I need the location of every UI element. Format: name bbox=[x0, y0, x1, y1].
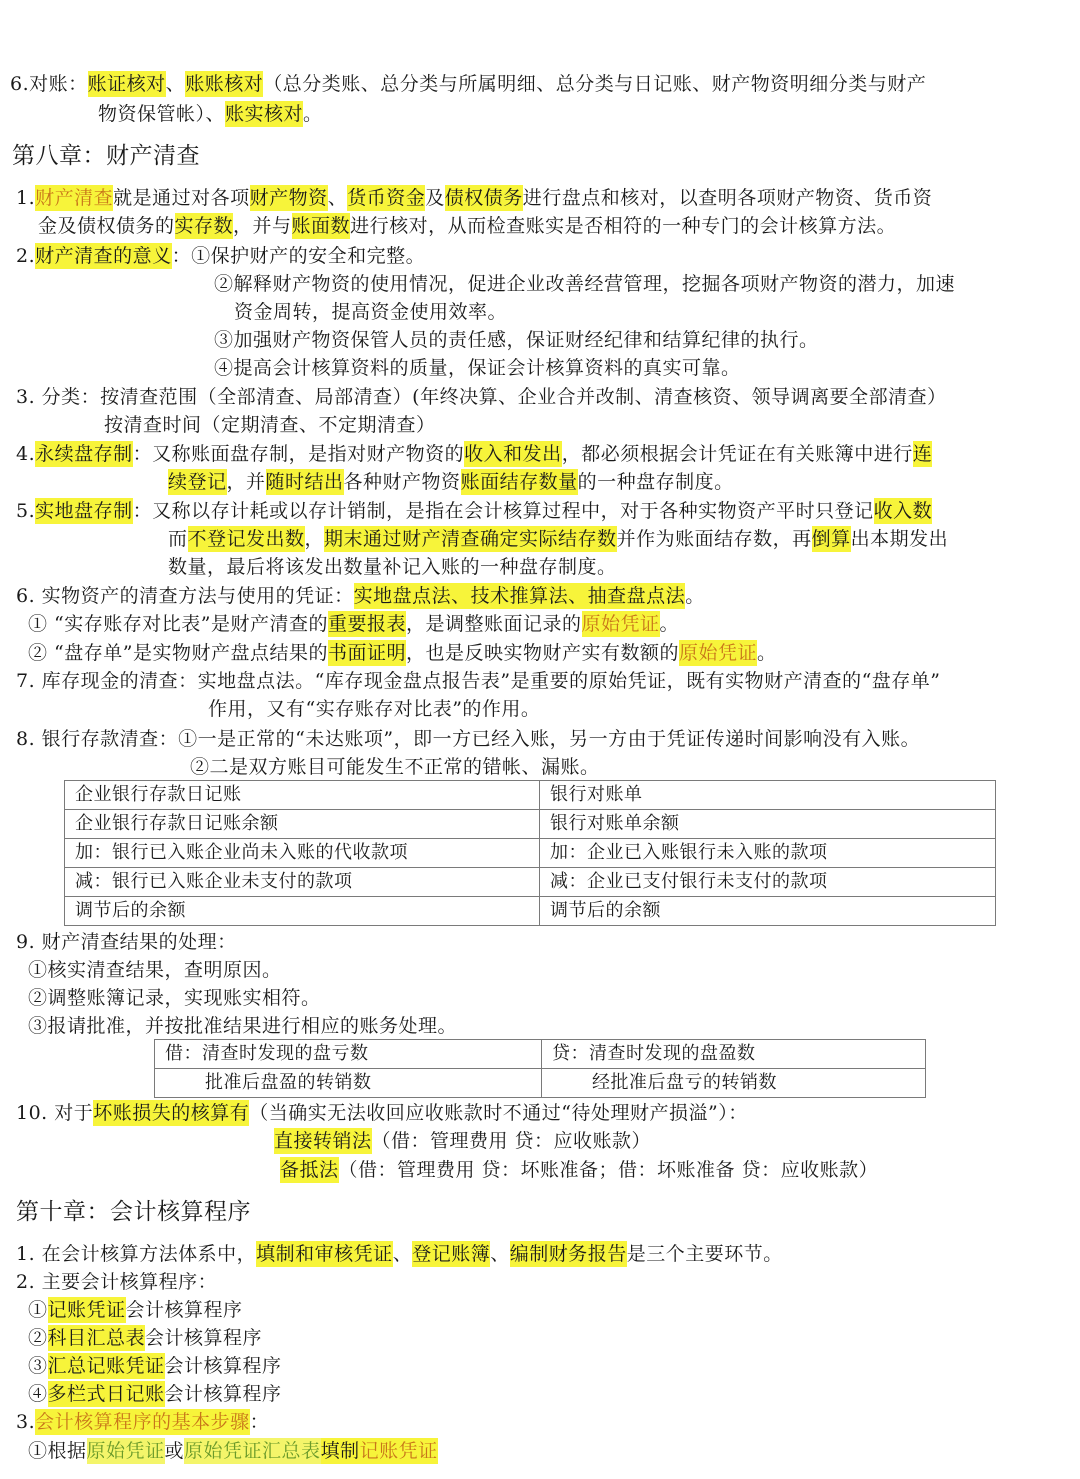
text: 金及债权债务的 bbox=[38, 215, 175, 237]
highlight-text: 账证核对 bbox=[88, 71, 166, 97]
table-cell: 减：银行已入账企业未支付的款项 bbox=[65, 868, 540, 897]
text: 、 bbox=[490, 1243, 510, 1265]
highlight-text: 重要报表 bbox=[328, 611, 406, 637]
text: 及 bbox=[425, 187, 445, 209]
ch8-p6-sub1: ① “实存账存对比表”是财产清查的重要报表，是调整账面记录的原始凭证。 bbox=[28, 610, 679, 638]
item-number: ③ bbox=[28, 1355, 48, 1377]
text: 、 bbox=[393, 1243, 413, 1265]
item-number: ④ bbox=[28, 1383, 48, 1405]
ch8-p6-sub2: ② “盘存单”是实物财产盘点结果的书面证明，也是反映实物财产实有数额的原始凭证。 bbox=[28, 639, 777, 667]
highlight-text: 直接转销法 bbox=[274, 1128, 372, 1154]
list-item: ③汇总记账凭证会计核算程序 bbox=[28, 1352, 282, 1380]
ch8-p10-method2: 备抵法（借：管理费用 贷：坏账准备；借：坏账准备 贷：应收账款） bbox=[280, 1156, 878, 1184]
highlight-text: 收入数 bbox=[874, 498, 933, 524]
item-number: 5. bbox=[16, 500, 35, 522]
ch8-p3-line2: 按清查时间（定期清查、不定期清查） bbox=[104, 411, 436, 439]
highlight-text: 填制 bbox=[321, 1438, 360, 1464]
ch8-p8-line2: ②二是双方账目可能发生不正常的错帐、漏账。 bbox=[190, 753, 600, 781]
reconcile-line-2: 物资保管帐）、账实核对。 bbox=[98, 100, 323, 128]
list-item: ①核实清查结果，查明原因。 bbox=[28, 956, 282, 984]
ch8-p5-line1: 5.实地盘存制：又称以存计耗或以存计销制，是指在会计核算过程中，对于各种实物资产… bbox=[16, 497, 932, 525]
result-handling-table: 借：清查时发现的盘亏数 贷：清查时发现的盘盈数 批准后盘盈的转销数 经批准后盘亏… bbox=[154, 1039, 926, 1098]
text: 或 bbox=[165, 1440, 185, 1462]
highlight-text: 汇总记账凭证 bbox=[48, 1353, 165, 1379]
text: 、 bbox=[166, 73, 186, 95]
highlight-text: 科目汇总表 bbox=[48, 1325, 146, 1351]
table-cell: 调节后的余额 bbox=[65, 897, 540, 926]
text: 会计核算程序 bbox=[145, 1327, 262, 1349]
table-row: 批准后盘盈的转销数 经批准后盘亏的转销数 bbox=[155, 1069, 926, 1098]
ch8-p3-line1: 3. 分类：按清查范围（全部清查、局部清查）(年终决算、企业合并改制、清查核资、… bbox=[16, 383, 947, 411]
highlight-text: 原始凭证 bbox=[679, 640, 757, 666]
highlight-text: 实地盘存制 bbox=[35, 498, 133, 524]
highlight-text: 记账凭证 bbox=[48, 1297, 126, 1323]
text: 6. 实物资产的清查方法与使用的凭证： bbox=[16, 585, 354, 607]
highlight-text: 账账核对 bbox=[185, 71, 263, 97]
text: ， bbox=[305, 528, 325, 550]
text: ② “盘存单”是实物财产盘点结果的 bbox=[28, 642, 328, 664]
highlight-text: 账面结存数量 bbox=[461, 469, 578, 495]
highlight-text: 期末通过财产清查确定实际结存数 bbox=[324, 526, 617, 552]
table-row: 减：银行已入账企业未支付的款项 减：企业已支付银行未支付的款项 bbox=[65, 868, 996, 897]
highlight-text: 账面数 bbox=[292, 213, 351, 239]
highlight-text: 永续盘存制 bbox=[35, 441, 133, 467]
item-number: 1. bbox=[16, 187, 35, 209]
text: 、 bbox=[328, 187, 348, 209]
text: ，都必须根据会计凭证在有关账簿中进行 bbox=[562, 443, 913, 465]
ch8-p10-method1: 直接转销法（借：管理费用 贷：应收账款） bbox=[274, 1127, 651, 1155]
highlight-text: 收入和发出 bbox=[464, 441, 562, 467]
ch10-p3-step1: ①根据原始凭证或原始凭证汇总表填制记账凭证 bbox=[28, 1437, 438, 1465]
table-cell: 贷：清查时发现的盘盈数 bbox=[542, 1040, 926, 1069]
highlight-text: 会计核算程序的基本步骤 bbox=[35, 1409, 250, 1435]
text: （当确实无法收回应收账款时不通过“待处理财产损溢”）： bbox=[249, 1102, 747, 1124]
table-cell: 银行对账单 bbox=[540, 781, 996, 810]
bank-reconciliation-table: 企业银行存款日记账 银行对账单 企业银行存款日记账余额 银行对账单余额 加：银行… bbox=[64, 780, 996, 926]
text: 。 bbox=[757, 642, 777, 664]
text: 10. 对于 bbox=[16, 1102, 93, 1124]
highlight-text: 账实核对 bbox=[225, 101, 303, 127]
list-item: ②科目汇总表会计核算程序 bbox=[28, 1324, 262, 1352]
highlight-text: 财产清查的意义 bbox=[35, 243, 172, 269]
text: ①根据 bbox=[28, 1440, 87, 1462]
ch8-p1-line1: 1.财产清查就是通过对各项财产物资、货币资金及债权债务进行盘点和核对，以查明各项… bbox=[16, 184, 932, 212]
ch8-p8-line1: 8. 银行存款清查：①一是正常的“未达账项”，即一方已经入账，另一方由于凭证传递… bbox=[16, 725, 920, 753]
ch8-p7-line1: 7. 库存现金的清查：实地盘点法。“库存现金盘点报告表”是重要的原始凭证，既有实… bbox=[16, 667, 941, 695]
highlight-text: 实地盘点法、技术推算法、抽查盘点法 bbox=[354, 583, 686, 609]
item-number: 6. bbox=[10, 73, 29, 95]
list-item: ①记账凭证会计核算程序 bbox=[28, 1296, 243, 1324]
list-item: ②调整账簿记录，实现账实相符。 bbox=[28, 984, 321, 1012]
highlight-text: 倒算 bbox=[812, 526, 851, 552]
table-row: 借：清查时发现的盘亏数 贷：清查时发现的盘盈数 bbox=[155, 1040, 926, 1069]
text: ： bbox=[250, 1411, 270, 1433]
text: 。 bbox=[303, 103, 323, 125]
table-cell: 借：清查时发现的盘亏数 bbox=[155, 1040, 542, 1069]
highlight-text: 连 bbox=[913, 441, 933, 467]
text: ：又称账面盘存制，是指对财产物资的 bbox=[133, 443, 465, 465]
ch10-p1: 1. 在会计核算方法体系中，填制和审核凭证、登记账簿、编制财务报告是三个主要环节… bbox=[16, 1240, 783, 1268]
ch8-p9-title: 9. 财产清查结果的处理： bbox=[16, 928, 237, 956]
highlight-text: 原始凭证 bbox=[582, 611, 660, 637]
list-item: 资金周转，提高资金使用效率。 bbox=[234, 298, 507, 326]
highlight-text: 书面证明 bbox=[328, 640, 406, 666]
ch8-p5-line2: 而不登记发出数，期末通过财产清查确定实际结存数并作为账面结存数，再倒算出本期发出 bbox=[168, 525, 948, 553]
table-row: 企业银行存款日记账 银行对账单 bbox=[65, 781, 996, 810]
item-number: ② bbox=[28, 1327, 48, 1349]
highlight-text: 货币资金 bbox=[347, 185, 425, 211]
text: ① “实存账存对比表”是财产清查的 bbox=[28, 613, 328, 635]
text: 进行盘点和核对，以查明各项财产物资、货币资 bbox=[523, 187, 933, 209]
chapter-10-title: 第十章：会计核算程序 bbox=[16, 1198, 251, 1226]
highlight-text: 坏账损失的核算有 bbox=[93, 1100, 249, 1126]
item-number: 2. bbox=[16, 245, 35, 267]
text: ，并与 bbox=[233, 215, 292, 237]
text: 各种财产物资 bbox=[344, 471, 461, 493]
text: 出本期发出 bbox=[851, 528, 949, 550]
text: 。 bbox=[660, 613, 680, 635]
ch8-p2-line1: 2.财产清查的意义：①保护财产的安全和完整。 bbox=[16, 242, 425, 270]
text: ： bbox=[172, 245, 192, 267]
highlight-text: 填制和审核凭证 bbox=[256, 1241, 393, 1267]
table-cell: 银行对账单余额 bbox=[540, 810, 996, 839]
ch8-p10-line1: 10. 对于坏账损失的核算有（当确实无法收回应收账款时不通过“待处理财产损溢”）… bbox=[16, 1099, 748, 1127]
highlight-text: 原始凭证 bbox=[87, 1438, 165, 1464]
item-number: 4. bbox=[16, 443, 35, 465]
table-row: 企业银行存款日记账余额 银行对账单余额 bbox=[65, 810, 996, 839]
text: ，是调整账面记录的 bbox=[406, 613, 582, 635]
item-number: ① bbox=[28, 1299, 48, 1321]
text: ，也是反映实物财产实有数额的 bbox=[406, 642, 679, 664]
list-item: ③报请批准，并按批准结果进行相应的账务处理。 bbox=[28, 1012, 457, 1040]
text: 就是通过对各项 bbox=[113, 187, 250, 209]
list-item: ①保护财产的安全和完整。 bbox=[191, 245, 425, 267]
text: 的一种盘存制度。 bbox=[578, 471, 734, 493]
ch8-p1-line2: 金及债权债务的实存数，并与账面数进行核对，从而检查账实是否相符的一种专门的会计核… bbox=[38, 212, 896, 240]
table-cell: 减：企业已支付银行未支付的款项 bbox=[540, 868, 996, 897]
highlight-text: 原始凭证汇总表 bbox=[184, 1438, 321, 1464]
highlight-text: 随时结出 bbox=[266, 469, 344, 495]
text: 。 bbox=[685, 585, 705, 607]
highlight-text: 多栏式日记账 bbox=[48, 1381, 165, 1407]
text: 是三个主要环节。 bbox=[627, 1243, 783, 1265]
highlight-text: 财产清查 bbox=[35, 185, 113, 211]
text: 进行核对，从而检查账实是否相符的一种专门的会计核算方法。 bbox=[350, 215, 896, 237]
item-label: 对账： bbox=[29, 73, 88, 95]
text: 1. 在会计核算方法体系中， bbox=[16, 1243, 256, 1265]
ch8-p6-line1: 6. 实物资产的清查方法与使用的凭证：实地盘点法、技术推算法、抽查盘点法。 bbox=[16, 582, 705, 610]
text: 会计核算程序 bbox=[165, 1355, 282, 1377]
table-cell: 加：企业已入账银行未入账的款项 bbox=[540, 839, 996, 868]
text: 会计核算程序 bbox=[126, 1299, 243, 1321]
highlight-text: 财产物资 bbox=[250, 185, 328, 211]
text: ，并 bbox=[227, 471, 266, 493]
highlight-text: 编制财务报告 bbox=[510, 1241, 627, 1267]
text: 并作为账面结存数，再 bbox=[617, 528, 812, 550]
list-item: ④提高会计核算资料的质量，保证会计核算资料的真实可靠。 bbox=[214, 354, 741, 382]
text: ：又称以存计耗或以存计销制，是指在会计核算过程中，对于各种实物资产平时只登记 bbox=[133, 500, 874, 522]
table-cell: 调节后的余额 bbox=[540, 897, 996, 926]
highlight-text: 记账凭证 bbox=[360, 1438, 438, 1464]
ch10-p3-title: 3.会计核算程序的基本步骤： bbox=[16, 1408, 269, 1436]
list-item: ②解释财产物资的使用情况，促进企业改善经营管理，挖掘各项财产物资的潜力，加速 bbox=[214, 270, 955, 298]
table-row: 调节后的余额 调节后的余额 bbox=[65, 897, 996, 926]
reconcile-line-1: 6.对账：账证核对、账账核对（总分类账、总分类与所属明细、总分类与日记账、财产物… bbox=[10, 70, 926, 98]
table-cell: 企业银行存款日记账余额 bbox=[65, 810, 540, 839]
highlight-text: 不登记发出数 bbox=[188, 526, 305, 552]
ch8-p4-line1: 4.永续盘存制：又称账面盘存制，是指对财产物资的收入和发出，都必须根据会计凭证在… bbox=[16, 440, 932, 468]
highlight-text: 实存数 bbox=[175, 213, 234, 239]
table-cell: 经批准后盘亏的转销数 bbox=[542, 1069, 926, 1098]
table-cell: 批准后盘盈的转销数 bbox=[155, 1069, 542, 1098]
list-item: ④多栏式日记账会计核算程序 bbox=[28, 1380, 282, 1408]
highlight-text: 备抵法 bbox=[280, 1157, 339, 1183]
list-item: ③加强财产物资保管人员的责任感，保证财经纪律和结算纪律的执行。 bbox=[214, 326, 819, 354]
item-number: 3. bbox=[16, 1411, 35, 1433]
table-row: 加：银行已入账企业尚未入账的代收款项 加：企业已入账银行未入账的款项 bbox=[65, 839, 996, 868]
text: 物资保管帐）、 bbox=[98, 103, 225, 125]
text: （借：管理费用 贷：坏账准备；借：坏账准备 贷：应收账款） bbox=[339, 1159, 879, 1181]
ch8-p4-line2: 续登记，并随时结出各种财产物资账面结存数量的一种盘存制度。 bbox=[168, 468, 734, 496]
text: 会计核算程序 bbox=[165, 1383, 282, 1405]
text: （借：管理费用 贷：应收账款） bbox=[372, 1130, 652, 1152]
text: （总分类账、总分类与所属明细、总分类与日记账、财产物资明细分类与财产 bbox=[263, 73, 926, 95]
ch10-p2-title: 2. 主要会计核算程序： bbox=[16, 1268, 217, 1296]
text: 而 bbox=[168, 528, 188, 550]
highlight-text: 债权债务 bbox=[445, 185, 523, 211]
table-cell: 企业银行存款日记账 bbox=[65, 781, 540, 810]
chapter-8-title: 第八章：财产清查 bbox=[12, 142, 200, 170]
highlight-text: 续登记 bbox=[168, 469, 227, 495]
ch8-p5-line3: 数量，最后将该发出数量补记入账的一种盘存制度。 bbox=[168, 553, 617, 581]
ch8-p7-line2: 作用，又有“实存账存对比表”的作用。 bbox=[208, 695, 540, 723]
highlight-text: 登记账簿 bbox=[412, 1241, 490, 1267]
table-cell: 加：银行已入账企业尚未入账的代收款项 bbox=[65, 839, 540, 868]
